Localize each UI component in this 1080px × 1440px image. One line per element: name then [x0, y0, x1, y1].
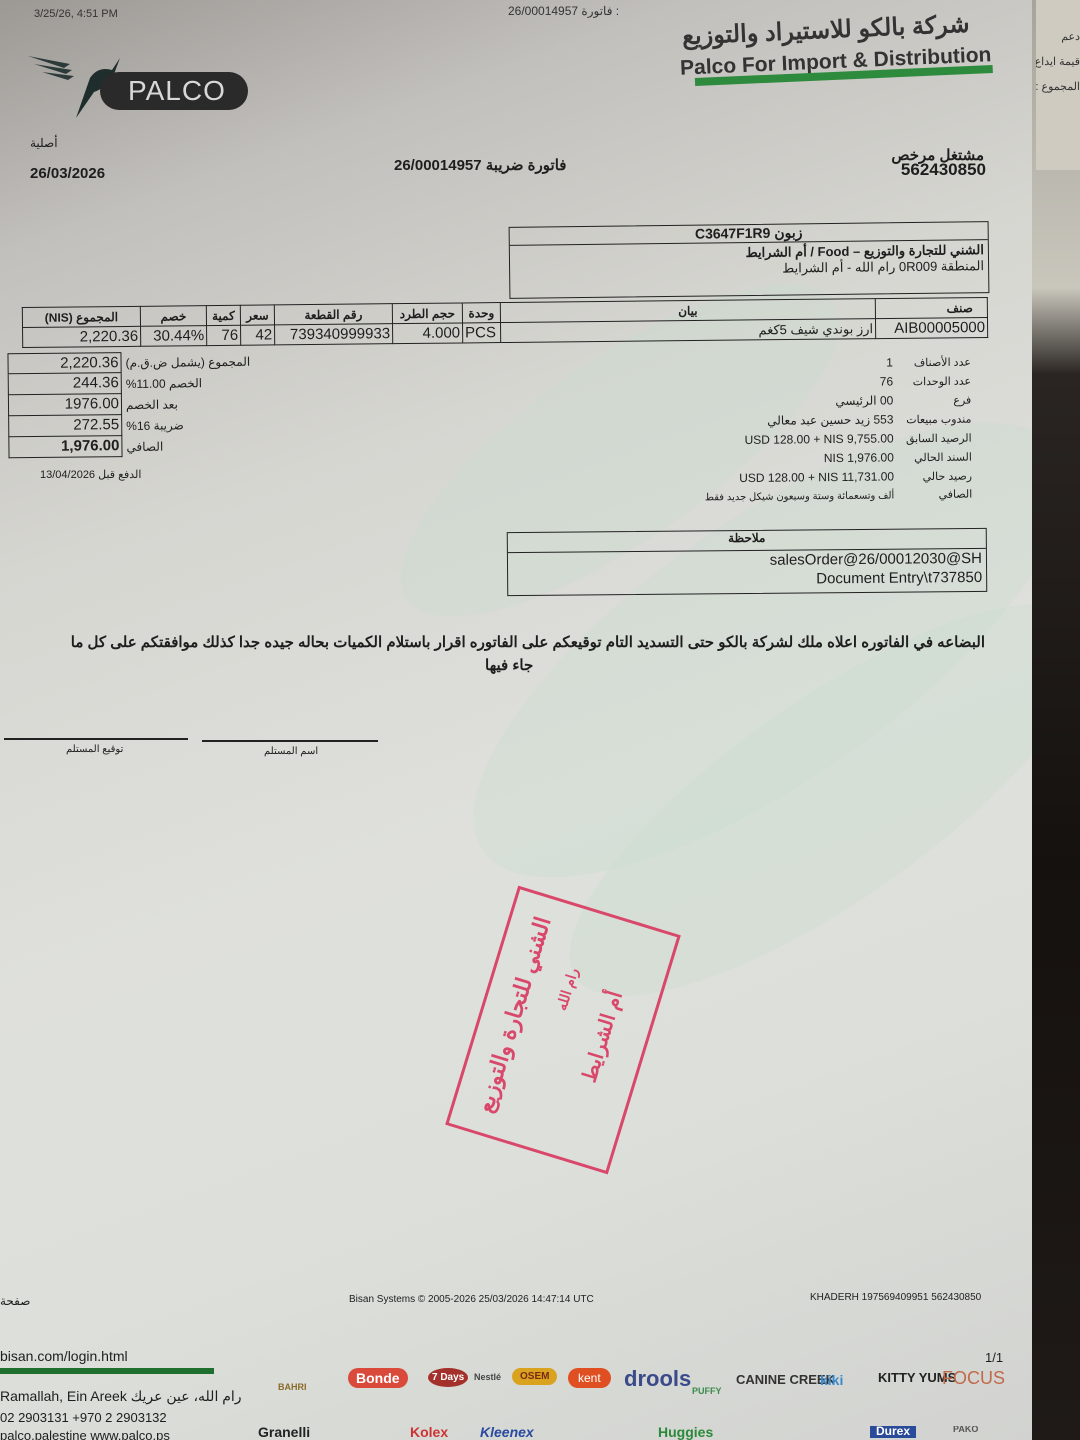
signature-line — [4, 738, 188, 740]
brand-logo: Huggies — [658, 1426, 713, 1440]
brand-logo: 7 Days — [428, 1368, 468, 1387]
company-address: Ramallah, Ein Areek رام الله، عين عريك — [0, 1388, 242, 1405]
summary-label: الرصيد السابق — [904, 432, 972, 446]
total-row: 244.36 الخصم 11.00% — [8, 372, 251, 396]
stamp-line: أم الشرايط — [577, 988, 627, 1085]
total-value: 272.55 — [8, 415, 122, 437]
print-timestamp: 3/25/26, 4:51 PM — [34, 8, 118, 20]
total-label: المجموع (يشمل ض.ق.م) — [121, 354, 250, 369]
system-footer: Bisan Systems © 2005-2026 25/03/2026 14:… — [349, 1294, 594, 1305]
total-value: 2,220.36 — [7, 352, 121, 374]
brand-logo: BAHRI — [278, 1382, 307, 1392]
footer-green-bar — [0, 1368, 214, 1374]
summary-value: 1 — [887, 355, 894, 369]
row-category: AIB00005000 — [875, 317, 987, 338]
row-total: 2,220.36 — [23, 326, 141, 347]
copy-label: أصلية — [30, 136, 58, 150]
brand-logo: PUFFY — [692, 1386, 722, 1396]
row-quantity: 76 — [207, 325, 241, 345]
summary-value: ألف وتسعمائة وستة وسبعون شيكل جديد فقط — [705, 490, 895, 503]
brand-logo: Nestlé — [474, 1372, 501, 1382]
col-unit: وحدة — [462, 303, 500, 323]
summary-value: NIS 1,976.00 — [824, 450, 894, 465]
stamp-line: رام الله — [553, 966, 581, 1012]
payment-due-label: الدفع قبل — [98, 469, 141, 481]
summary-value: 00 الرئيسي — [836, 393, 894, 408]
company-web: palco.palestine www.palco.ps — [0, 1428, 170, 1440]
col-category: صنف — [875, 297, 987, 318]
company-phones: 02 2903131 +970 2 2903132 — [0, 1410, 167, 1425]
print-ref-label: فاتورة : — [581, 4, 619, 18]
summary-label: عدد الأصناف — [903, 356, 971, 370]
background-sheet-text: دعم — [1036, 30, 1080, 43]
background-sheet-text: المجموع : — [1036, 80, 1080, 93]
login-url: bisan.com/login.html — [0, 1348, 128, 1364]
row-description: ارز بوندي شيف 5كغم — [501, 319, 876, 343]
total-label: الخصم 11.00% — [122, 376, 202, 391]
ownership-disclaimer: البضاعه في الفاتوره اعلاه ملك لشركة بالك… — [0, 632, 985, 654]
payment-due: 13/04/2026 الدفع قبل — [40, 468, 141, 481]
brand-logo: drools — [624, 1366, 691, 1392]
row-pack-size: 4.000 — [393, 323, 463, 344]
print-ref-number: 26/00014957 — [508, 4, 578, 18]
row-discount: 30.44% — [141, 326, 207, 347]
brand-logos-row: BAHRI Bonde 7 Days Nestlé OSEM kent droo… — [270, 1364, 1005, 1404]
total-label: بعد الخصم — [122, 397, 178, 412]
palco-logo: PALCO — [26, 48, 226, 118]
brand-logo: kent — [568, 1368, 611, 1388]
page-label: صفحة — [0, 1294, 30, 1308]
summary-value: USD 128.00 + NIS 11,731.00 — [740, 469, 895, 485]
col-discount: خصم — [140, 306, 206, 327]
brand-logo: Durex — [870, 1426, 916, 1438]
brand-logo: kiki — [820, 1372, 843, 1388]
brand-logo: Kleenex — [480, 1426, 534, 1440]
account-summary: عدد الأصناف1 عدد الوحدات76 فرع00 الرئيسي… — [704, 355, 973, 510]
customer-box: زبون C3647F1R9 الشني للتجارة والتوزيع – … — [509, 221, 990, 299]
summary-label: الصافي — [905, 488, 973, 502]
total-row: 1976.00 بعد الخصم — [8, 393, 251, 417]
summary-label: عدد الوحدات — [903, 375, 971, 389]
summary-label: فرع — [904, 394, 972, 408]
notes-box: ملاحظة salesOrder@26/00012030@SH Documen… — [507, 528, 988, 596]
notes-line: Document Entry\t737850 — [508, 568, 986, 591]
invoice-paper — [0, 0, 1032, 1440]
brand-logo: FOCUS — [942, 1368, 1005, 1389]
background-surface — [1032, 0, 1080, 1440]
net-total-label: الصافي — [122, 439, 163, 453]
summary-value: USD 128.00 + NIS 9,755.00 — [745, 431, 894, 447]
total-value: 1976.00 — [8, 394, 122, 416]
name-line — [202, 740, 378, 742]
print-reference: 26/00014957 فاتورة : — [508, 4, 619, 18]
total-label: ضريبة 16% — [122, 418, 184, 433]
totals-block: 2,220.36 المجموع (يشمل ض.ق.م) 244.36 الخ… — [7, 351, 251, 459]
brand-logo: Kolex — [410, 1426, 448, 1440]
row-barcode: 739340999933 — [275, 324, 393, 345]
page-number: 1/1 — [985, 1350, 1003, 1365]
background-sheet: دعم قيمة ايداع المجموع : — [1036, 0, 1080, 170]
col-barcode: رقم القطعة — [274, 304, 392, 325]
summary-label: رصيد حالي — [904, 470, 972, 484]
total-value: 244.36 — [8, 373, 122, 395]
col-pack-size: حجم الطرد — [392, 303, 462, 324]
col-price: سعر — [240, 305, 274, 325]
col-total: المجموع (NIS) — [22, 306, 140, 327]
row-unit: PCS — [463, 323, 501, 343]
summary-label: السند الحالي — [904, 451, 972, 465]
recipient-name-label: اسم المستلم — [264, 746, 318, 757]
recipient-signature-label: توقيع المستلم — [66, 744, 123, 755]
brand-logos-row-2: Granelli Kolex Kleenex Huggies Durex PAK… — [258, 1426, 1018, 1440]
brand-logo: Granelli — [258, 1426, 310, 1440]
total-row: 1,976.00 الصافي — [8, 435, 251, 459]
total-row: 272.55 ضريبة 16% — [8, 414, 251, 438]
col-quantity: كمية — [206, 305, 240, 325]
summary-label: مندوب مبيعات — [904, 413, 972, 427]
customer-area: المنطقة 0R009 رام الله - أم الشرايط — [782, 258, 984, 276]
net-total-value: 1,976.00 — [8, 436, 122, 458]
row-price: 42 — [241, 325, 275, 345]
licensed-dealer-number: 562430850 — [901, 160, 986, 180]
brand-logo: PAKO — [953, 1426, 978, 1434]
invoice-title: فاتورة ضريبة 26/00014957 — [394, 156, 566, 174]
ownership-disclaimer-cont: جاء فيها — [485, 656, 533, 674]
invoice-date: 26/03/2026 — [30, 165, 105, 182]
summary-value: 76 — [880, 374, 894, 388]
total-row: 2,220.36 المجموع (يشمل ض.ق.م) — [7, 351, 250, 375]
background-sheet-text: قيمة ايداع — [1036, 55, 1080, 68]
user-footer: KHADERH 197569409951 562430850 — [810, 1292, 981, 1303]
brand-logo: Bonde — [348, 1368, 408, 1388]
payment-due-date: 13/04/2026 — [40, 469, 95, 481]
brand-logo: OSEM — [512, 1368, 557, 1385]
summary-value: 553 زيد حسين عبد معالي — [768, 412, 894, 427]
logo-wordmark: PALCO — [100, 72, 248, 110]
summary-row: الصافيألف وتسعمائة وستة وسبعون شيكل جديد… — [705, 488, 973, 510]
